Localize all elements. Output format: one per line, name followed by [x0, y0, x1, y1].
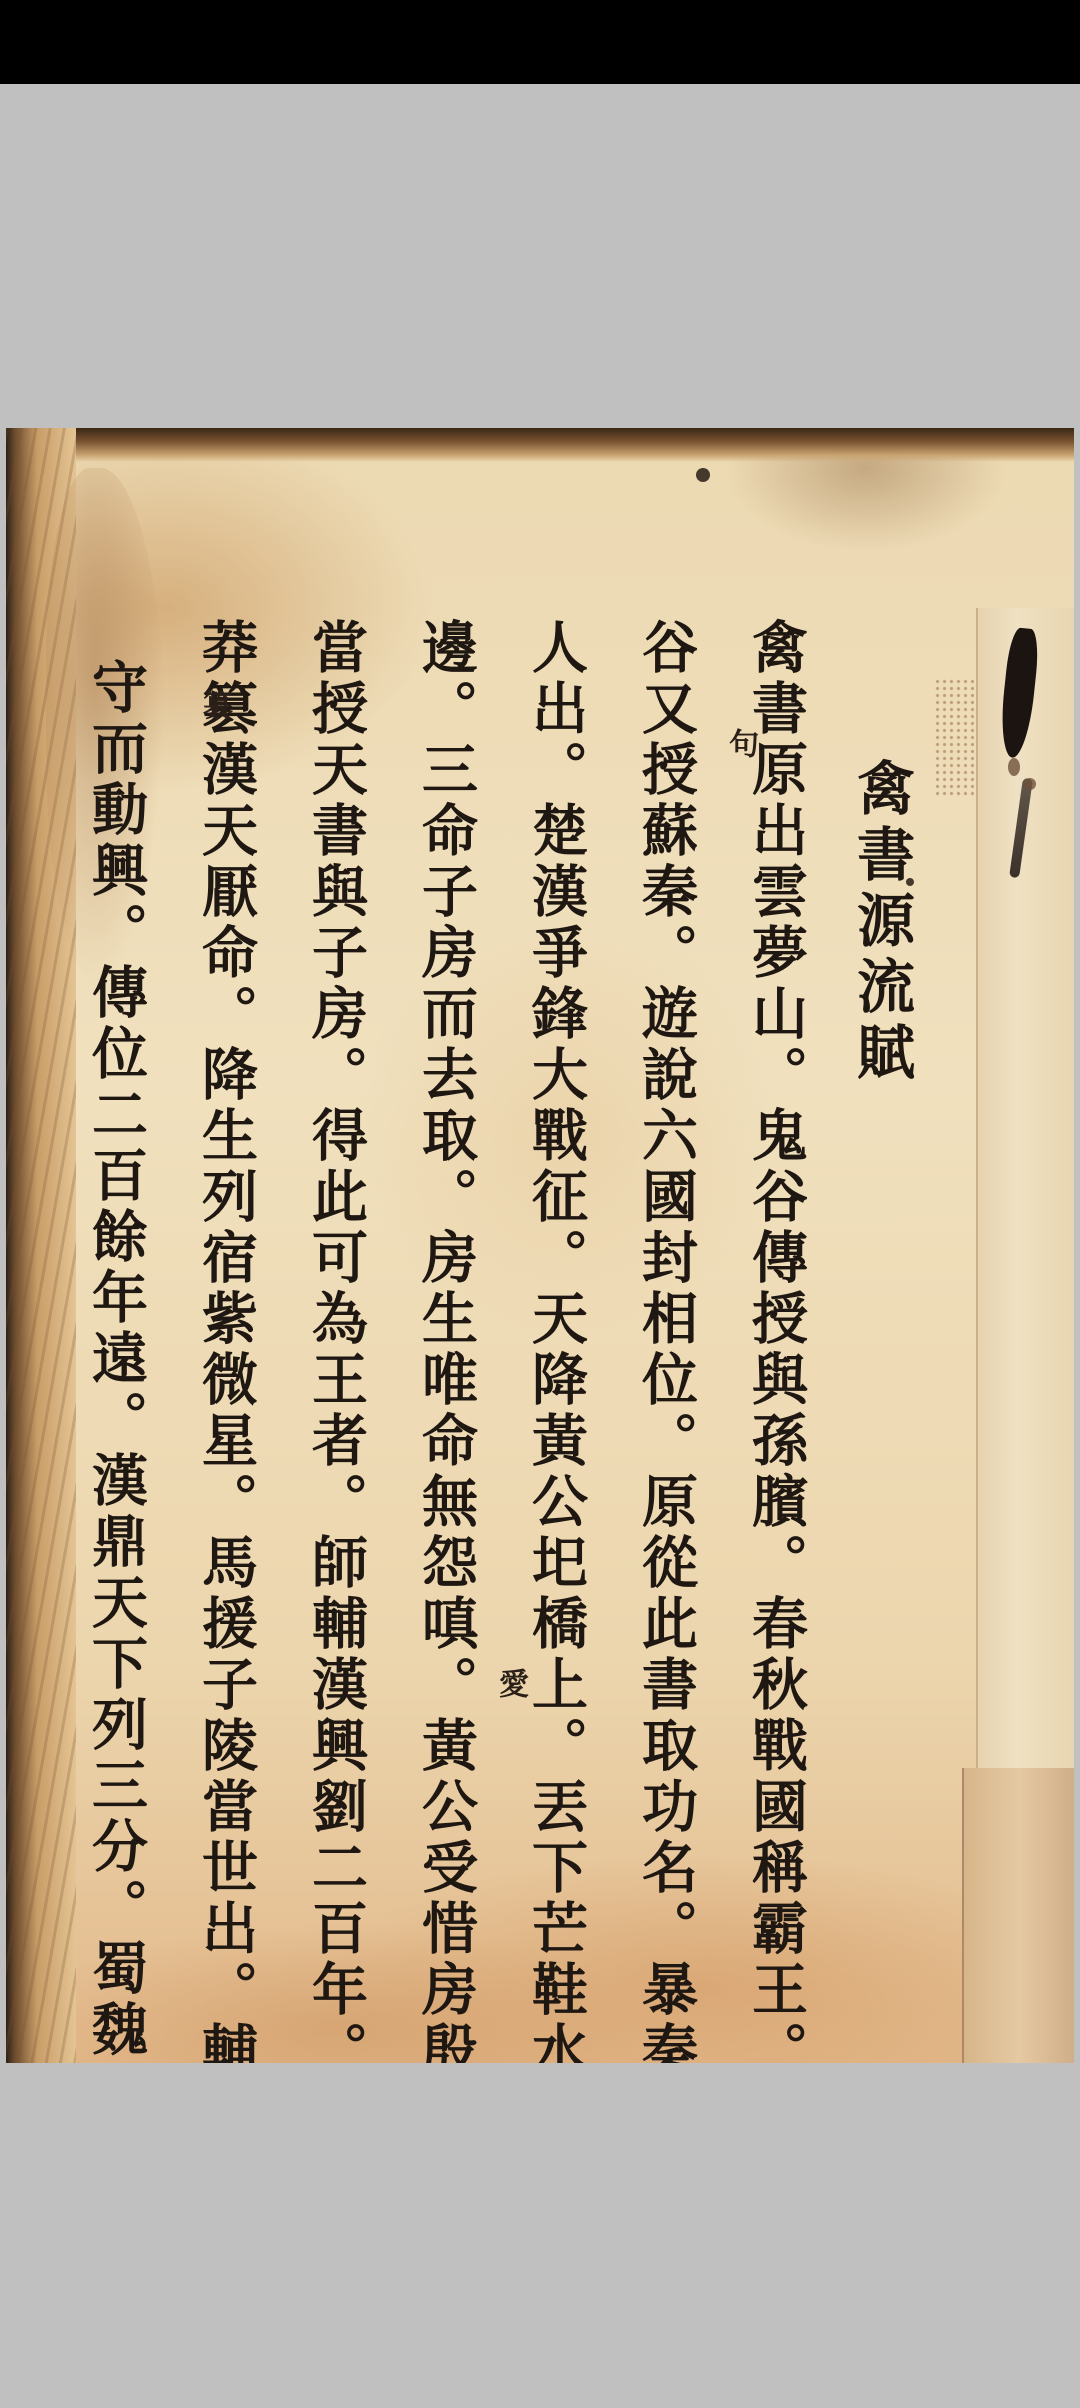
text-column-5: 當授天書與子房。得此可為王者。師輔漢興劉二百年。王 — [308, 618, 364, 2063]
margin-annotation: 纂 — [192, 690, 236, 720]
vertical-text-block: 禽書源流賦 禽書原出雲夢山。鬼谷傳授與孫臏。春秋戰國稱霸王。鬼 谷又授蘇秦。遊說… — [6, 428, 1074, 2063]
text-column-6: 莽篡漢天厭命。降生列宿紫微星。馬援子陵當世出。輔佐 — [198, 618, 254, 2063]
text-column-7: 守而動興。傳位二百餘年遠。漢鼎天下列三分。蜀魏吳地分 — [88, 658, 144, 2063]
text-column-3: 人出。楚漢爭鋒大戰征。天降黃公圯橋上。丟下芒鞋水畔 — [528, 618, 584, 2063]
text-column-1: 禽書原出雲夢山。鬼谷傳授與孫臏。春秋戰國稱霸王。鬼 — [748, 618, 804, 2063]
margin-annotation: 句 — [718, 728, 762, 758]
margin-annotation: 愛 — [488, 1668, 532, 1698]
document-title: 禽書源流賦 — [852, 758, 910, 1088]
manuscript-page-image[interactable]: 禽書源流賦 禽書原出雲夢山。鬼谷傳授與孫臏。春秋戰國稱霸王。鬼 谷又授蘇秦。遊說… — [6, 428, 1074, 2063]
text-column-4: 邊。三命子房而去取。房生唯命無怨嗔。黃公受惜房殷謹。 — [418, 618, 474, 2063]
status-bar — [0, 0, 1080, 84]
text-column-2: 谷又授蘇秦。遊說六國封相位。原從此書取功名。暴秦無道聖 — [638, 618, 694, 2063]
